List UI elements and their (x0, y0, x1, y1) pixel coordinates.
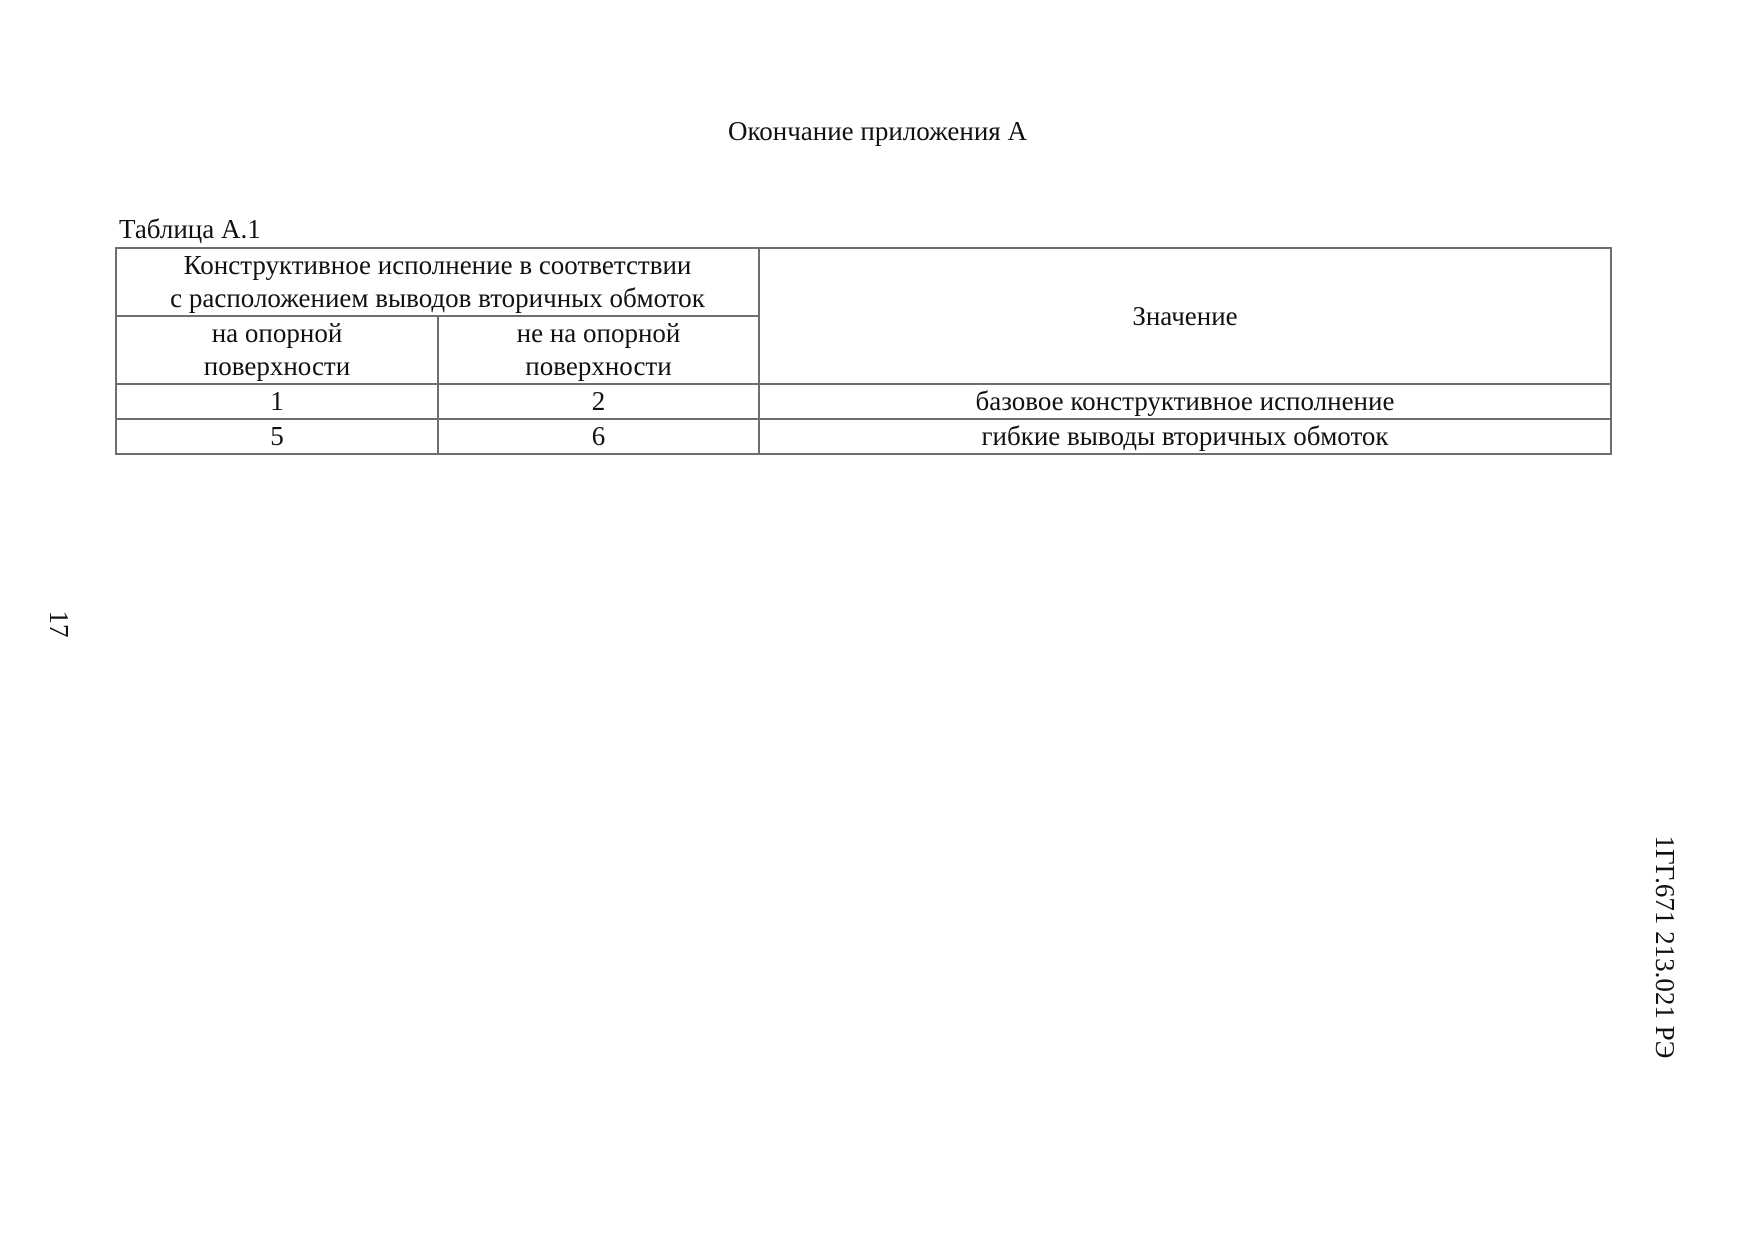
subheader-not-on-surface-line-2: поверхности (443, 350, 754, 383)
subheader-on-surface-line-2: поверхности (121, 350, 433, 383)
cell-value: базовое конструктивное исполнение (759, 384, 1611, 419)
value-header-cell: Значение (759, 248, 1611, 384)
subheader-not-on-surface: не на опорной поверхности (438, 316, 759, 384)
table-caption: Таблица А.1 (119, 213, 261, 245)
page-number: 17 (44, 609, 74, 639)
cell-not-on-surface: 2 (438, 384, 759, 419)
subheader-on-surface-line-1: на опорной (121, 317, 433, 350)
cell-value: гибкие выводы вторичных обмоток (759, 419, 1611, 454)
group-header-line-2: с расположением выводов вторичных обмото… (121, 282, 754, 315)
subheader-not-on-surface-line-1: не на опорной (443, 317, 754, 350)
table-row: 1 2 базовое конструктивное исполнение (116, 384, 1611, 419)
cell-on-surface: 1 (116, 384, 438, 419)
group-header-cell: Конструктивное исполнение в соответствии… (116, 248, 759, 316)
subheader-on-surface: на опорной поверхности (116, 316, 438, 384)
cell-on-surface: 5 (116, 419, 438, 454)
table-header-row: Конструктивное исполнение в соответствии… (116, 248, 1611, 316)
table-row: 5 6 гибкие выводы вторичных обмоток (116, 419, 1611, 454)
appendix-heading: Окончание приложения А (0, 113, 1755, 149)
document-code: 1ГГ.671 213.021 РЭ (1650, 827, 1680, 1067)
cell-not-on-surface: 6 (438, 419, 759, 454)
design-variants-table: Конструктивное исполнение в соответствии… (115, 247, 1612, 455)
group-header-line-1: Конструктивное исполнение в соответствии (121, 249, 754, 282)
